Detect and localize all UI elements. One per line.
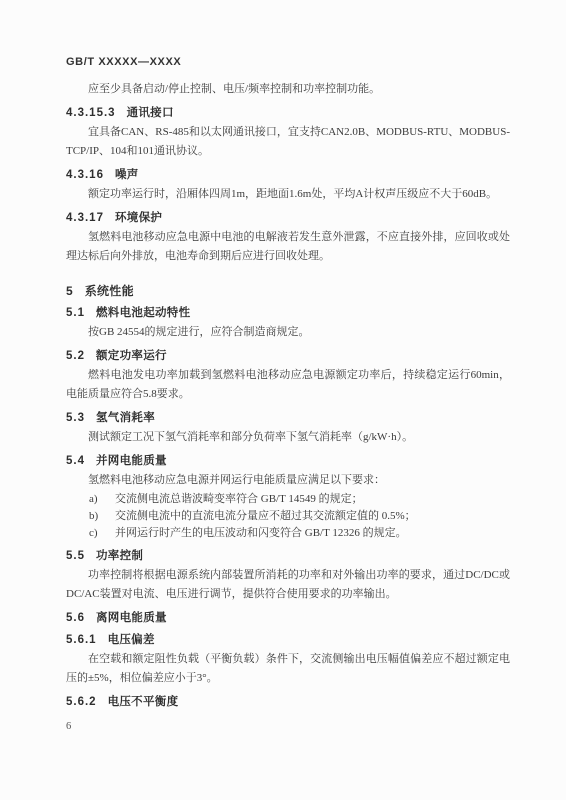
paragraph: 测试额定工况下氢气消耗率和部分负荷率下氢气消耗率（g/kW·h）。 <box>66 428 510 447</box>
section-number: 5.6.2 <box>66 696 97 708</box>
paragraph: 燃料电池发电功率加载到氢燃料电池移动应急电源额定功率后，持续稳定运行60min，… <box>66 366 510 404</box>
section-heading: 5系统性能 <box>66 284 510 299</box>
document-header-standard-number: GB/T XXXXX—XXXX <box>66 56 510 68</box>
paragraph: 应至少具备启动/停止控制、电压/频率控制和功率控制功能。 <box>66 80 510 99</box>
paragraph: 在空载和额定阻性负载（平衡负载）条件下，交流侧输出电压幅值偏差应不超过额定电压的… <box>66 650 510 688</box>
section-number: 5.6.1 <box>66 634 97 646</box>
paragraph: 按GB 24554的规定进行，应符合制造商规定。 <box>66 323 510 342</box>
paragraph: 宜具备CAN、RS-485和以太网通讯接口，宜支持CAN2.0B、MODBUS-… <box>66 123 510 161</box>
section-number: 5.5 <box>66 550 85 562</box>
section-title: 系统性能 <box>85 284 134 298</box>
section-heading: 4.3.16噪声 <box>66 168 510 183</box>
section-heading: 5.3氢气消耗率 <box>66 411 510 426</box>
section-heading: 5.6.2电压不平衡度 <box>66 695 510 710</box>
section-title: 额定功率运行 <box>96 350 167 362</box>
section-number: 4.3.17 <box>66 212 104 224</box>
section-heading: 5.4并网电能质量 <box>66 454 510 469</box>
list-item: b)交流侧电流中的直流电流分量应不超过其交流额定值的 0.5%； <box>89 508 510 525</box>
section-number: 5.3 <box>66 412 85 424</box>
section-number: 5.1 <box>66 307 85 319</box>
section-heading: 5.1燃料电池起动特性 <box>66 306 510 321</box>
section-title: 电压偏差 <box>108 634 155 646</box>
section-heading: 5.2额定功率运行 <box>66 349 510 364</box>
paragraph: 额定功率运行时，沿厢体四周1m，距地面1.6m处，平均A计权声压级应不大于60d… <box>66 185 510 204</box>
section-title: 并网电能质量 <box>96 455 167 467</box>
section-number: 5.2 <box>66 350 85 362</box>
section-title: 功率控制 <box>96 550 143 562</box>
list-item-marker: b) <box>89 508 115 525</box>
paragraph: 氢燃料电池移动应急电源并网运行电能质量应满足以下要求： <box>66 471 510 490</box>
section-title: 通讯接口 <box>127 107 174 119</box>
list-item-marker: a) <box>89 491 115 508</box>
section-title: 离网电能质量 <box>96 612 167 624</box>
list-item-text: 交流侧电流总谐波畸变率符合 GB/T 14549 的规定； <box>115 491 510 508</box>
list-item-text: 并网运行时产生的电压波动和闪变符合 GB/T 12326 的规定。 <box>115 525 510 542</box>
section-heading: 4.3.17环境保护 <box>66 211 510 226</box>
section-title: 环境保护 <box>115 212 162 224</box>
document-page: GB/T XXXXX—XXXX 应至少具备启动/停止控制、电压/频率控制和功率控… <box>0 0 566 800</box>
section-number: 4.3.15.3 <box>66 107 116 119</box>
section-number: 5.4 <box>66 455 85 467</box>
list-item: c)并网运行时产生的电压波动和闪变符合 GB/T 12326 的规定。 <box>89 525 510 542</box>
section-heading: 5.6离网电能质量 <box>66 611 510 626</box>
paragraph: 功率控制将根据电源系统内部装置所消耗的功率和对外输出功率的要求，通过DC/DC或… <box>66 566 510 604</box>
section-number: 5.6 <box>66 612 85 624</box>
section-heading: 5.5功率控制 <box>66 549 510 564</box>
section-heading: 4.3.15.3通讯接口 <box>66 106 510 121</box>
list-item: a)交流侧电流总谐波畸变率符合 GB/T 14549 的规定； <box>89 491 510 508</box>
document-body: 应至少具备启动/停止控制、电压/频率控制和功率控制功能。4.3.15.3通讯接口… <box>66 80 510 710</box>
page-number: 6 <box>66 721 71 732</box>
section-title: 电压不平衡度 <box>108 696 179 708</box>
list-item-text: 交流侧电流中的直流电流分量应不超过其交流额定值的 0.5%； <box>115 508 510 525</box>
paragraph: 氢燃料电池移动应急电源中电池的电解液若发生意外泄露，不应直接外排，应回收或处理达… <box>66 228 510 266</box>
section-title: 氢气消耗率 <box>96 412 155 424</box>
section-title: 噪声 <box>115 169 139 181</box>
section-heading: 5.6.1电压偏差 <box>66 633 510 648</box>
section-number: 5 <box>66 284 74 298</box>
section-title: 燃料电池起动特性 <box>96 307 190 319</box>
section-number: 4.3.16 <box>66 169 104 181</box>
list-item-marker: c) <box>89 525 115 542</box>
